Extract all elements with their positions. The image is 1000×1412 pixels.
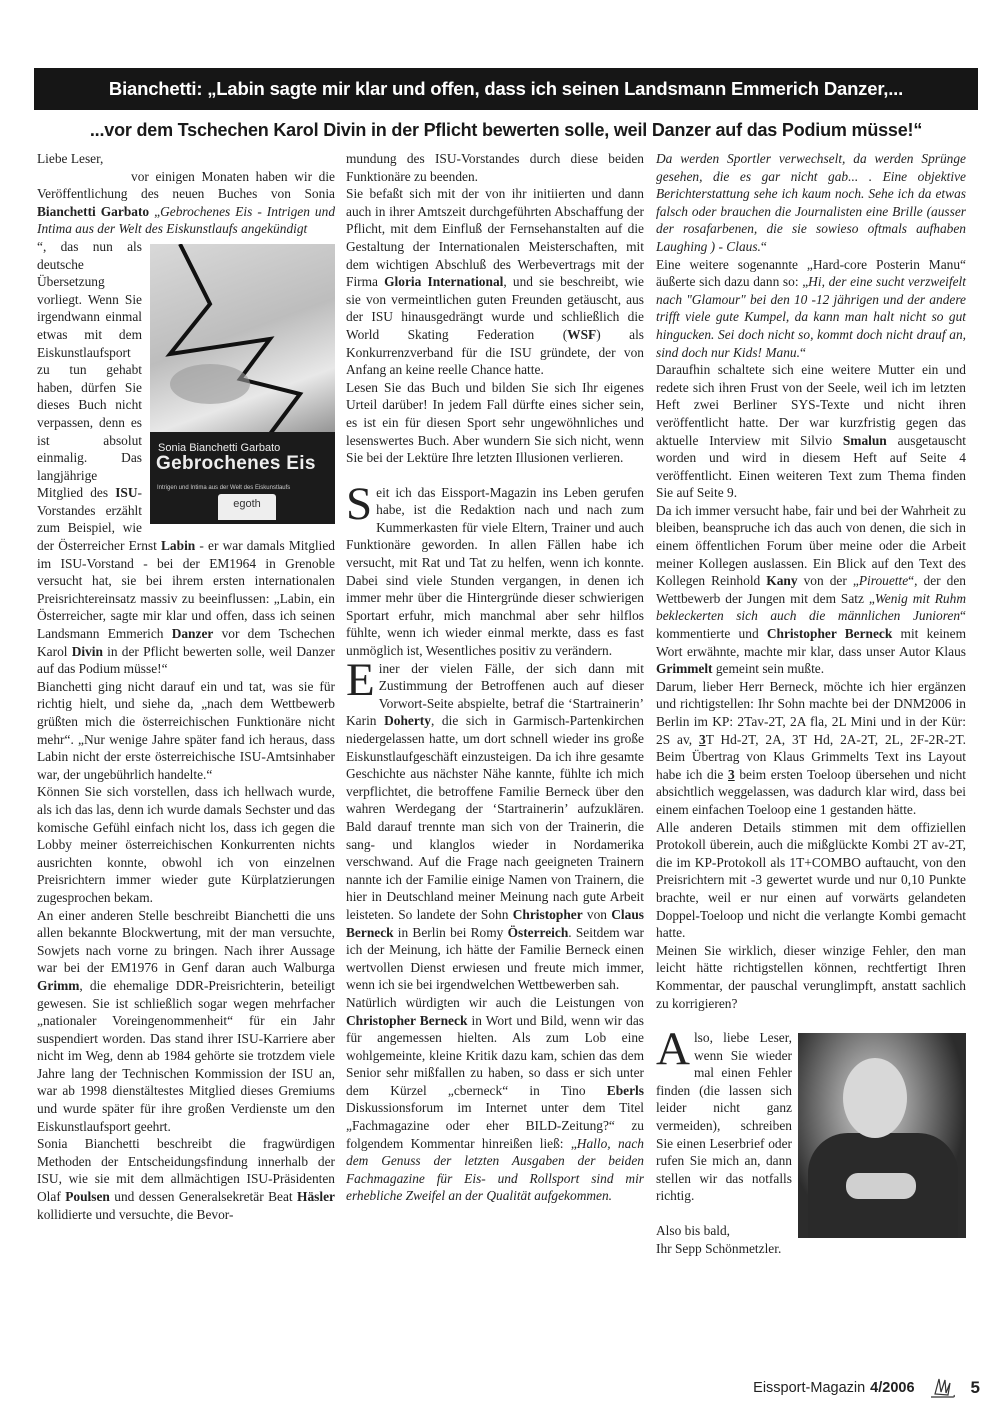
page-footer: Eissport-Magazin 4/2006 5: [720, 1376, 980, 1400]
headline-bar: Bianchetti: „Labin sagte mir klar und of…: [34, 68, 978, 110]
drop-cap: E: [346, 662, 375, 698]
book-title: Gebrochenes Eis: [156, 455, 316, 473]
salutation: Liebe Leser,: [37, 150, 335, 168]
paragraph: An einer anderen Stelle beschreibt Bianc…: [37, 907, 335, 1136]
paragraph: mundung des ISU-Vorstandes durch diese b…: [346, 150, 644, 185]
column-2: mundung des ISU-Vorstandes durch diese b…: [346, 150, 644, 1205]
paragraph: Darum, lieber Herr Berneck, möchte ich h…: [656, 678, 966, 819]
paragraph: Da werden Sportler verwechselt, da werde…: [656, 150, 966, 256]
paragraph: Können Sie sich vorstellen, dass ich hel…: [37, 783, 335, 906]
publisher-logo: egoth: [218, 494, 276, 520]
paragraph: Natürlich würdigten wir auch die Leistun…: [346, 994, 644, 1205]
paragraph: Alle anderen Details stimmen mit dem off…: [656, 819, 966, 942]
ice-crack-graphic: [150, 244, 335, 444]
headline: Bianchetti: „Labin sagte mir klar und of…: [109, 78, 903, 100]
paragraph: vor einigen Monaten haben wir die Veröff…: [37, 168, 335, 238]
subheadline: ...vor dem Tschechen Karol Divin in der …: [34, 120, 978, 141]
paragraph: Sonia Bianchetti beschreibt die fragwürd…: [37, 1135, 335, 1223]
paragraph: Einer der vielen Fälle, der sich dann mi…: [346, 660, 644, 994]
column-3: Da werden Sportler verwechselt, da werde…: [656, 150, 966, 1257]
column-1: Liebe Leser, vor einigen Monaten haben w…: [37, 150, 335, 1223]
drop-cap: S: [346, 486, 372, 522]
magazine-name: Eissport-Magazin: [753, 1380, 865, 1396]
skate-wing-icon: [927, 1376, 957, 1400]
paragraph: Meinen Sie wirklich, dieser winzige Fehl…: [656, 942, 966, 1012]
paragraph: Daraufhin schaltete sich eine weitere Mu…: [656, 361, 966, 502]
signature: Ihr Sepp Schönmetzler.: [656, 1240, 966, 1258]
paragraph: Da ich immer versucht habe, fair und bei…: [656, 502, 966, 678]
paragraph: Eine weitere sogenannte „Hard-core Poste…: [656, 256, 966, 362]
page-number: 5: [971, 1378, 980, 1398]
drop-cap: A: [656, 1031, 690, 1067]
book-cover-band: Sonia Bianchetti Garbato Gebrochenes Eis…: [150, 432, 335, 524]
book-cover-image: Sonia Bianchetti Garbato Gebrochenes Eis…: [150, 244, 335, 524]
paragraph: Sie befaßt sich mit der von ihr initiier…: [346, 185, 644, 379]
paragraph: Seit ich das Eissport-Magazin ins Leben …: [346, 484, 644, 660]
issue-number: 4/2006: [870, 1380, 914, 1396]
paragraph: Bianchetti ging nicht darauf ein und tat…: [37, 678, 335, 784]
paragraph: Also, liebe Leser, wenn Sie wieder mal e…: [656, 1029, 966, 1205]
author-portrait-photo: [798, 1033, 966, 1238]
paragraph: Lesen Sie das Buch und bilden Sie sich I…: [346, 379, 644, 467]
